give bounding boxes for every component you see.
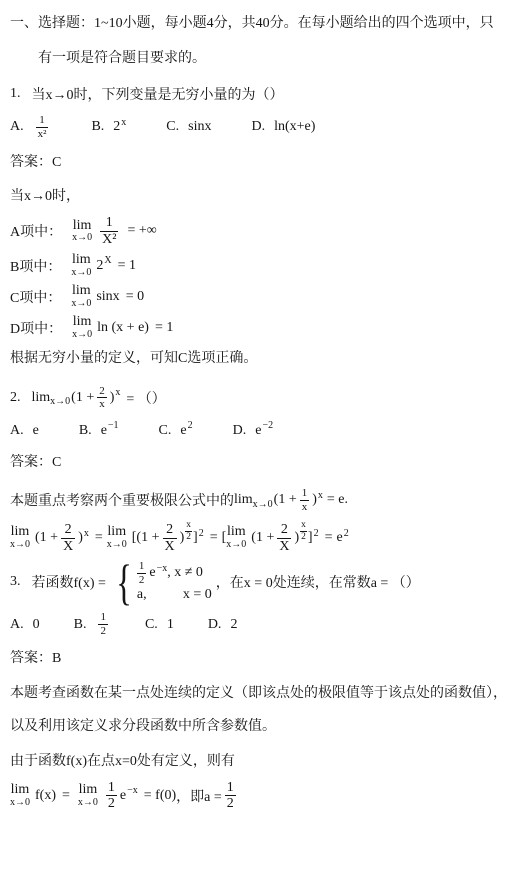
fraction: 1 x² xyxy=(36,114,49,140)
option-b: B. 1 2 xyxy=(74,611,111,637)
fraction: 1 2 xyxy=(225,780,236,812)
option-b-label: B. xyxy=(91,119,104,135)
limit-operator: lim x→0 xyxy=(226,525,246,550)
section-header-line2: 有一项是符合题目要求的。 xyxy=(10,49,502,69)
option-a-label: A. xyxy=(10,119,24,135)
option-c-label: C. xyxy=(166,119,179,135)
exam-document: 一、选择题：1~10小题，每小题4分，共40分。在每小题给出的四个选项中，只 有… xyxy=(0,0,512,812)
work-line-b: B项中： lim x→0 2 X = 1 xyxy=(10,253,502,278)
case-row-1: 1 2 e −x , x ≠ 0 xyxy=(137,560,212,586)
limit-operator: lim x→0 xyxy=(107,525,127,550)
option-a: A. e xyxy=(10,423,39,439)
fraction: 1 2 xyxy=(98,611,108,637)
fraction: 2 X xyxy=(61,522,75,554)
question-3-explain1: 本题考查函数在某一点处连续的定义（即该点处的极限值等于该点处的函数值）， xyxy=(10,684,502,704)
question-2-answer: 答案：C xyxy=(10,453,502,473)
limit-operator: lim x→0 xyxy=(71,284,91,309)
question-3-final-equation: lim x→0 f(x) = lim x→0 1 2 e −x = f(0) ，… xyxy=(10,780,502,812)
exponent-fraction: x 2 xyxy=(300,520,307,542)
option-d-label: D. xyxy=(251,119,265,135)
question-1-options: A. 1 x² B. 2 x C. sinx D. ln(x+e) xyxy=(10,114,502,140)
limit-operator: lim x→0 xyxy=(72,219,92,244)
limit-operator: lim x→0 xyxy=(10,525,30,550)
question-2-stem: 2. lim x→0 (1 + 2 x ) x = （） xyxy=(10,385,502,411)
section-header-line1: 一、选择题：1~10小题，每小题4分，共40分。在每小题给出的四个选项中，只 xyxy=(10,14,502,34)
fraction: 1 2 xyxy=(106,780,117,812)
work-line-c: C项中： lim x→0 sinx = 0 xyxy=(10,284,502,309)
option-b: B. e −1 xyxy=(79,423,119,439)
option-d: D. e −2 xyxy=(233,423,273,439)
question-3-setup: 由于函数f(x)在点x=0处有定义，则有 xyxy=(10,752,502,772)
question-2-equation: lim x→0 (1 + 2 X ) x = lim x→0 [(1 + 2 X… xyxy=(10,522,502,554)
option-c: C. e 2 xyxy=(159,423,193,439)
work-line-a: A项中： lim x→0 1 X² = +∞ xyxy=(10,215,502,247)
limit-operator: lim x→0 xyxy=(78,783,98,808)
final-conclusion: ，即a = xyxy=(176,786,222,806)
question-3-explain2: 以及利用该定义求分段函数中所含参数值。 xyxy=(10,717,502,737)
fraction: 2 x xyxy=(97,385,107,411)
question-2-number: 2. xyxy=(10,390,21,406)
question-3-options: A. 0 B. 1 2 C. 1 D. 2 xyxy=(10,611,502,637)
limit-operator: lim x→0 xyxy=(71,253,91,278)
limit-operator: lim x→0 xyxy=(72,315,92,340)
question-1-intro: 当x→0时， xyxy=(10,187,502,207)
work-a-label: A项中： xyxy=(10,221,62,241)
work-c-label: C项中： xyxy=(10,287,61,307)
question-3-tail: ，在x = 0处连续，在常数a = （） xyxy=(216,572,420,592)
question-3-answer: 答案：B xyxy=(10,649,502,669)
question-1-text: 当x→0时，下列变量是无穷小量的为（） xyxy=(32,84,284,104)
option-a: A. 0 xyxy=(10,617,40,633)
question-1-conclusion: 根据无穷小量的定义，可知C选项正确。 xyxy=(10,349,502,369)
limit-operator: lim x→0 xyxy=(10,783,30,808)
question-2-note: 本题重点考察两个重要极限公式中的 lim x→0 (1 + 1 x ) x = … xyxy=(10,487,502,513)
limit-subscript: x→0 xyxy=(253,499,273,510)
question-1-answer: 答案：C xyxy=(10,153,502,173)
piecewise-function: { 1 2 e −x , x ≠ 0 a, x = 0 xyxy=(112,560,212,604)
work-d-label: D项中： xyxy=(10,318,62,338)
question-3-stem: 3. 若函数f(x) = { 1 2 e −x , x ≠ 0 a, x = 0 xyxy=(10,560,502,604)
fraction: 2 X xyxy=(163,522,177,554)
option-c: C. sinx xyxy=(166,119,211,135)
fraction: 1 x xyxy=(300,487,310,513)
option-b: B. 2 x xyxy=(91,119,126,135)
option-c: C. 1 xyxy=(145,617,174,633)
left-brace: { xyxy=(116,560,132,604)
case-row-2: a, x = 0 xyxy=(137,586,212,604)
fraction: 2 X xyxy=(277,522,291,554)
fraction: 1 2 xyxy=(137,560,147,586)
note-text: 本题重点考察两个重要极限公式中的 xyxy=(10,490,234,510)
work-line-d: D项中： lim x→0 ln (x + e) = 1 xyxy=(10,315,502,340)
option-d: D. 2 xyxy=(208,617,238,633)
option-d: D. ln(x+e) xyxy=(251,119,315,135)
question-3-number: 3. xyxy=(10,574,21,590)
limit-subscript: x→0 xyxy=(50,396,70,407)
question-1-number: 1. xyxy=(10,86,21,102)
question-2-options: A. e B. e −1 C. e 2 D. e −2 xyxy=(10,423,502,439)
option-a: A. 1 x² xyxy=(10,114,51,140)
work-b-label: B项中： xyxy=(10,256,61,276)
question-3-lead: 若函数f(x) = xyxy=(32,572,106,592)
question-1-stem: 1. 当x→0时，下列变量是无穷小量的为（） xyxy=(10,84,502,104)
exponent-fraction: x 2 xyxy=(185,520,192,542)
fraction: 1 X² xyxy=(100,215,118,247)
